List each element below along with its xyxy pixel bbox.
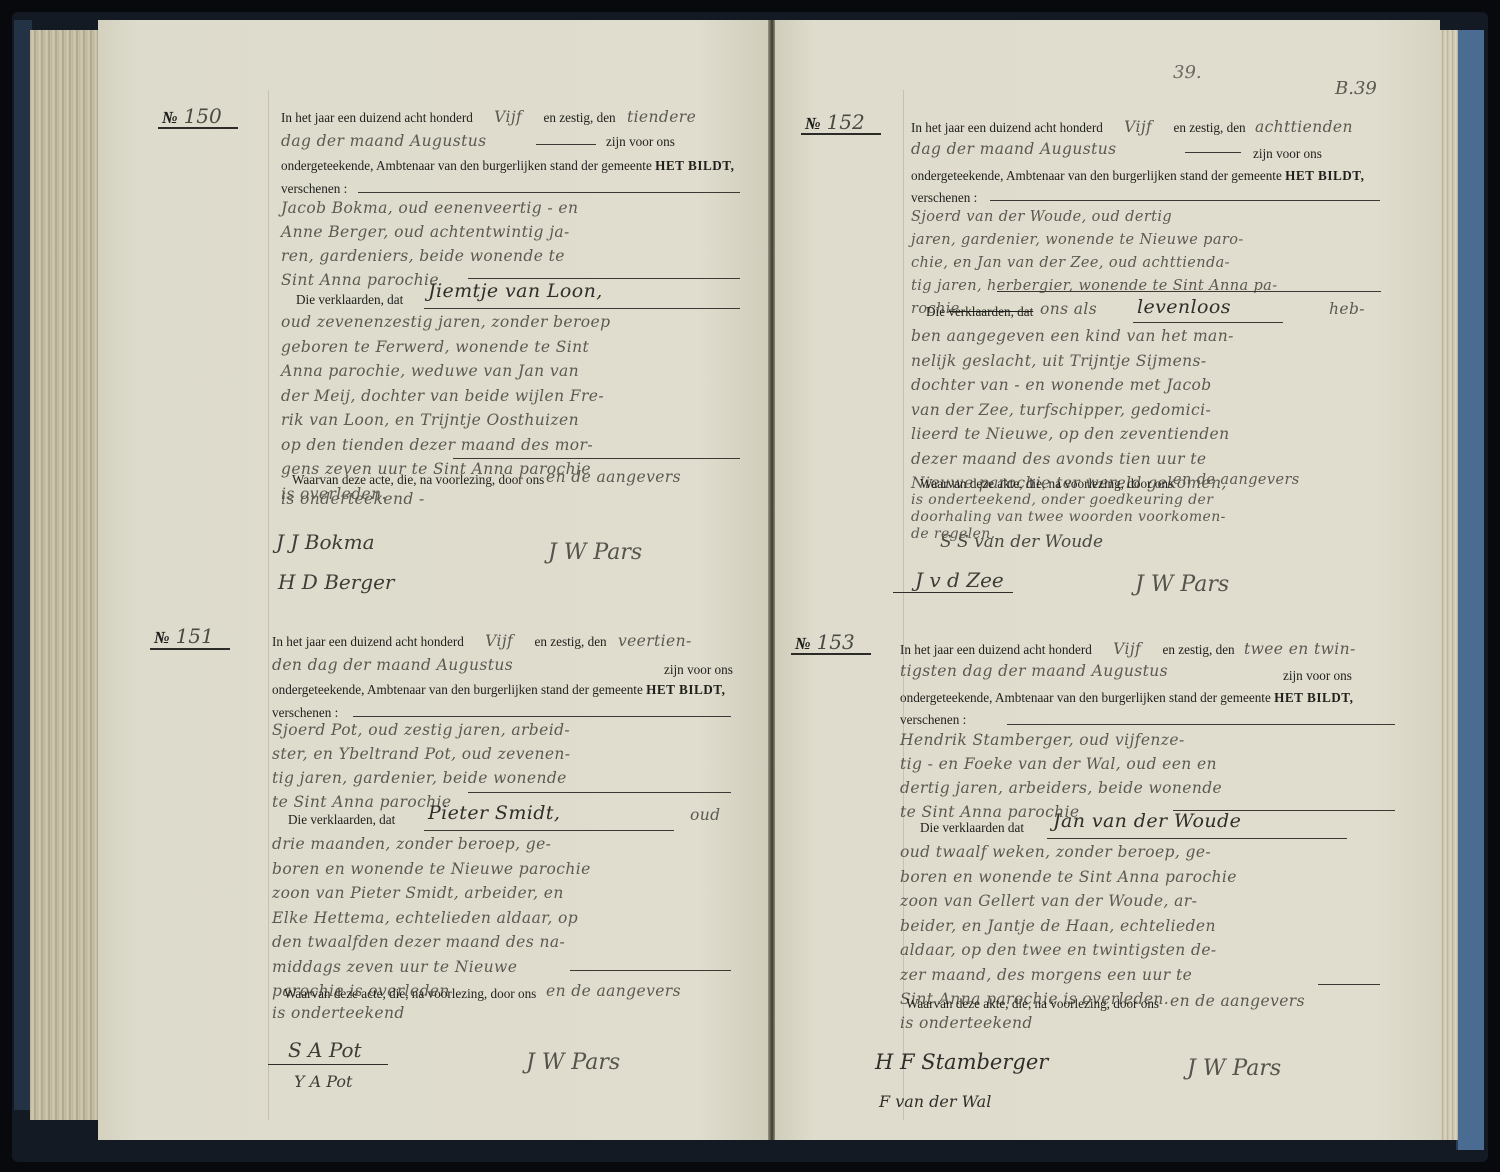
entry-number: №151 — [154, 624, 214, 648]
printed-text: Die verklaarden dat — [920, 816, 1024, 839]
closing-handwritten: is onderteekend — [900, 1014, 1033, 1032]
right-page: 39. B.39 №152 In het jaar een duizend ac… — [775, 20, 1440, 1140]
handwritten-day: twee en twin- — [1244, 640, 1356, 658]
handwritten-month: den dag der maand Augustus — [272, 656, 513, 674]
municipality: HET BILDT, — [1274, 690, 1353, 705]
fill-rule — [570, 970, 731, 971]
fill-rule — [1007, 724, 1395, 725]
closing-handwritten: is onderteekend — [272, 1004, 405, 1022]
number-underline — [791, 653, 871, 655]
entry-number: №153 — [795, 630, 855, 654]
deceased-name: Pieter Smidt, — [428, 802, 560, 824]
closing-handwritten: en de aangevers — [546, 982, 681, 1000]
page-stack-left — [30, 30, 100, 1120]
fill-rule — [424, 830, 674, 831]
printed-text: In het jaar een duizend acht honderd — [272, 634, 464, 649]
fill-rule — [1318, 984, 1380, 985]
printed-text: In het jaar een duizend acht honderd — [900, 642, 1092, 657]
entry-153: №153 In het jaar een duizend acht honder… — [775, 20, 1440, 1140]
handwritten-day: veertien- — [618, 632, 692, 650]
declaration-text: oud — [690, 806, 720, 824]
handwritten-month: tigsten dag der maand Augustus — [900, 662, 1168, 680]
signature-registrar: J W Pars — [1187, 1056, 1281, 1081]
declaration-text: drie maanden, zonder beroep, ge- boren e… — [272, 832, 591, 1004]
printed-text: ondergeteekende, Ambtenaar van den burge… — [900, 690, 1271, 705]
handwritten-year: Vijf — [1113, 640, 1141, 658]
signature-flourish — [268, 1064, 388, 1065]
fill-rule — [353, 716, 731, 717]
printed-text: Die verklaarden, dat — [288, 808, 395, 831]
signature: F van der Wal — [879, 1092, 991, 1111]
printed-text: zijn voor ons — [1283, 664, 1352, 687]
handwritten-year: Vijf — [485, 632, 513, 650]
signature-registrar: J W Pars — [526, 1050, 620, 1075]
closing-handwritten: en de aangevers — [1170, 992, 1305, 1010]
municipality: HET BILDT, — [646, 682, 725, 697]
signature: S A Pot — [288, 1038, 362, 1062]
number-underline — [150, 648, 230, 650]
left-page: №150 In het jaar een duizend acht honder… — [98, 20, 768, 1140]
entry-151: №151 In het jaar een duizend acht honder… — [98, 20, 768, 1140]
printed-text: Waarvan deze akte, die, na voorlezing, d… — [906, 992, 1159, 1015]
page-stack-right — [1438, 30, 1458, 1140]
signature: H F Stamberger — [875, 1050, 1048, 1074]
fill-rule — [1047, 838, 1347, 839]
book-cover-right-edge — [1456, 30, 1484, 1150]
printed-text: ondergeteekende, Ambtenaar van den burge… — [272, 682, 643, 697]
printed-text: en zestig, den — [535, 634, 607, 649]
appeared-persons: Sjoerd Pot, oud zestig jaren, arbeid- st… — [272, 718, 570, 814]
printed-text: Waarvan deze acte, die, na voorlezing, d… — [284, 982, 536, 1005]
declaration-text: oud twaalf weken, zonder beroep, ge- bor… — [900, 840, 1237, 1012]
deceased-name: Jan van der Woude — [1053, 810, 1241, 832]
fill-rule — [468, 792, 731, 793]
signature: Y A Pot — [294, 1072, 352, 1091]
printed-text: en zestig, den — [1163, 642, 1235, 657]
